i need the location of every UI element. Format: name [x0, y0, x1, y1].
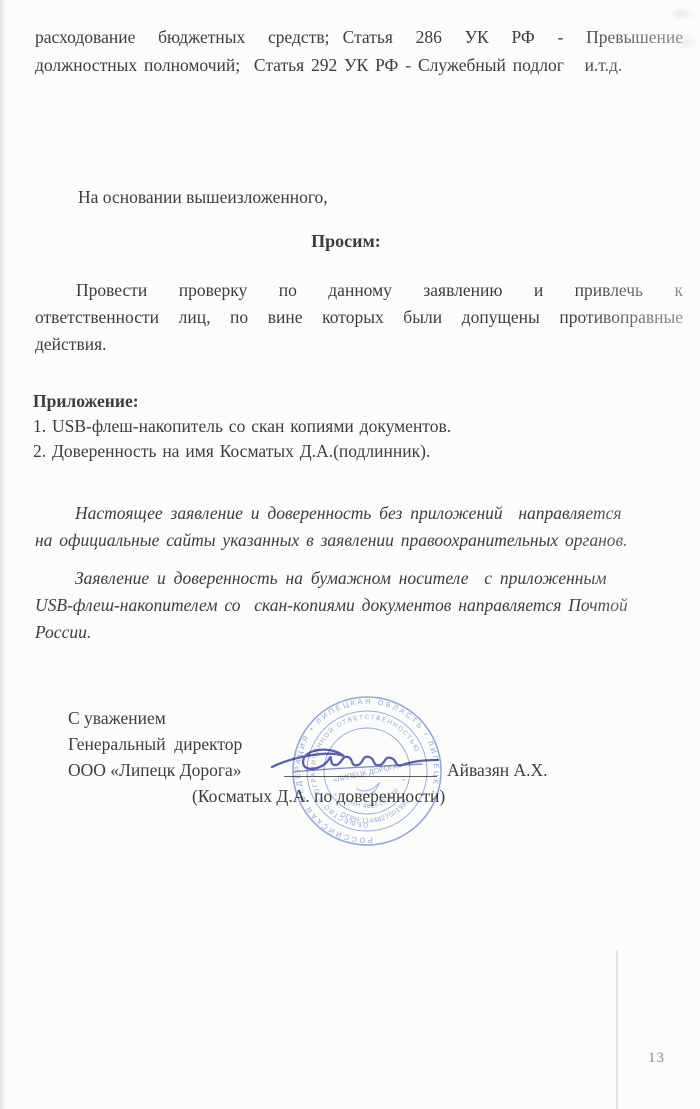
page-number: 13: [648, 1050, 665, 1067]
scan-fade-overlay: [570, 0, 700, 660]
request-heading: Просим:: [0, 231, 692, 253]
scan-edge-shadow: [0, 0, 6, 1109]
scan-fold-line: [616, 950, 618, 1109]
paragraph-line: расходование бюджетных средств; Статья 2…: [35, 27, 683, 48]
proxy-line: (Косматых Д.А. по доверенности): [192, 786, 445, 807]
note-line: России.: [35, 622, 91, 643]
paragraph-line: ответственности лиц, по вине которых был…: [35, 307, 683, 328]
signer-name: Айвазян А.Х.: [447, 760, 548, 781]
attachment-item: 1. USB-флеш-накопитель со скан копиями д…: [33, 416, 451, 437]
signature-closing: С уважением: [68, 708, 166, 729]
attachment-heading: Приложение:: [33, 391, 139, 412]
paragraph-line: действия.: [35, 334, 107, 355]
note-line: USB-флеш-накопителем со скан-копиями док…: [35, 595, 628, 616]
attachment-item: 2. Доверенность на имя Косматых Д.А.(под…: [33, 441, 430, 462]
scanned-document-page: расходование бюджетных средств; Статья 2…: [0, 0, 700, 1109]
paragraph-text: Статья 286 УК РФ - Превышение: [343, 27, 683, 48]
paragraph-text: расходование бюджетных средств;: [35, 27, 329, 48]
handwritten-signature-icon: [270, 736, 458, 786]
paragraph-line: должностных полномочий; Статья 292 УК РФ…: [35, 55, 695, 76]
note-line: Настоящее заявление и доверенность без п…: [35, 503, 622, 524]
company-name: ООО «Липецк Дорога»: [68, 760, 242, 781]
signer-title: Генеральный директор: [68, 734, 242, 755]
note-line: на официальные сайты указанных в заявлен…: [35, 530, 628, 551]
paragraph-line: Провести проверку по данному заявлению и…: [35, 280, 683, 301]
note-line: Заявление и доверенность на бумажном нос…: [35, 568, 606, 589]
basis-line: На основании вышеизложенного,: [78, 187, 328, 208]
